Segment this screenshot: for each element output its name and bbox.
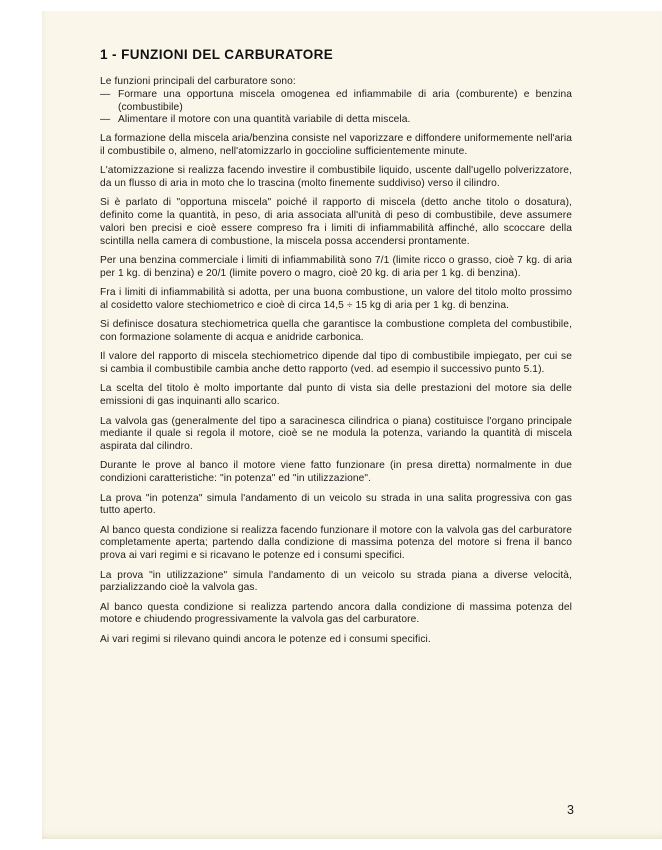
paragraph: La valvola gas (generalmente del tipo a … [100, 416, 572, 454]
intro-line: Le funzioni principali del carburatore s… [100, 76, 572, 89]
paragraph: Fra i limiti di infiammabilità si adotta… [100, 287, 572, 313]
document-page: 1 - FUNZIONI DEL CARBURATORE Le funzioni… [42, 11, 662, 839]
paragraph: La formazione della miscela aria/benzina… [100, 133, 572, 159]
paragraph: Durante le prove al banco il motore vien… [100, 460, 572, 486]
bullet-text: Alimentare il motore con una quantità va… [118, 114, 572, 127]
section-title: 1 - FUNZIONI DEL CARBURATORE [100, 47, 572, 62]
bullet-item: — Formare una opportuna miscela omogenea… [100, 89, 572, 115]
bullet-text: Formare una opportuna miscela omogenea e… [118, 89, 572, 115]
page-number: 3 [567, 803, 574, 817]
paragraph: La prova "in utilizzazione" simula l'and… [100, 570, 572, 596]
page-content: 1 - FUNZIONI DEL CARBURATORE Le funzioni… [100, 47, 572, 653]
dash-marker: — [100, 114, 118, 127]
paragraph: La prova "in potenza" simula l'andamento… [100, 493, 572, 519]
paragraph: Si è parlato di "opportuna miscela" poic… [100, 197, 572, 248]
dash-marker: — [100, 89, 118, 115]
scanned-page-background: 1 - FUNZIONI DEL CARBURATORE Le funzioni… [0, 0, 662, 850]
paragraph: Il valore del rapporto di miscela stechi… [100, 351, 572, 377]
bullet-list: — Formare una opportuna miscela omogenea… [100, 89, 572, 127]
paragraph: Ai vari regimi si rilevano quindi ancora… [100, 634, 572, 647]
paragraph: Per una benzina commerciale i limiti di … [100, 255, 572, 281]
paragraph: La scelta del titolo è molto importante … [100, 383, 572, 409]
paragraph: Al banco questa condizione si realizza p… [100, 602, 572, 628]
paragraph: Si definisce dosatura stechiometrica que… [100, 319, 572, 345]
paragraph: Al banco questa condizione si realizza f… [100, 525, 572, 563]
bullet-item: — Alimentare il motore con una quantità … [100, 114, 572, 127]
paragraph: L'atomizzazione si realizza facendo inve… [100, 165, 572, 191]
